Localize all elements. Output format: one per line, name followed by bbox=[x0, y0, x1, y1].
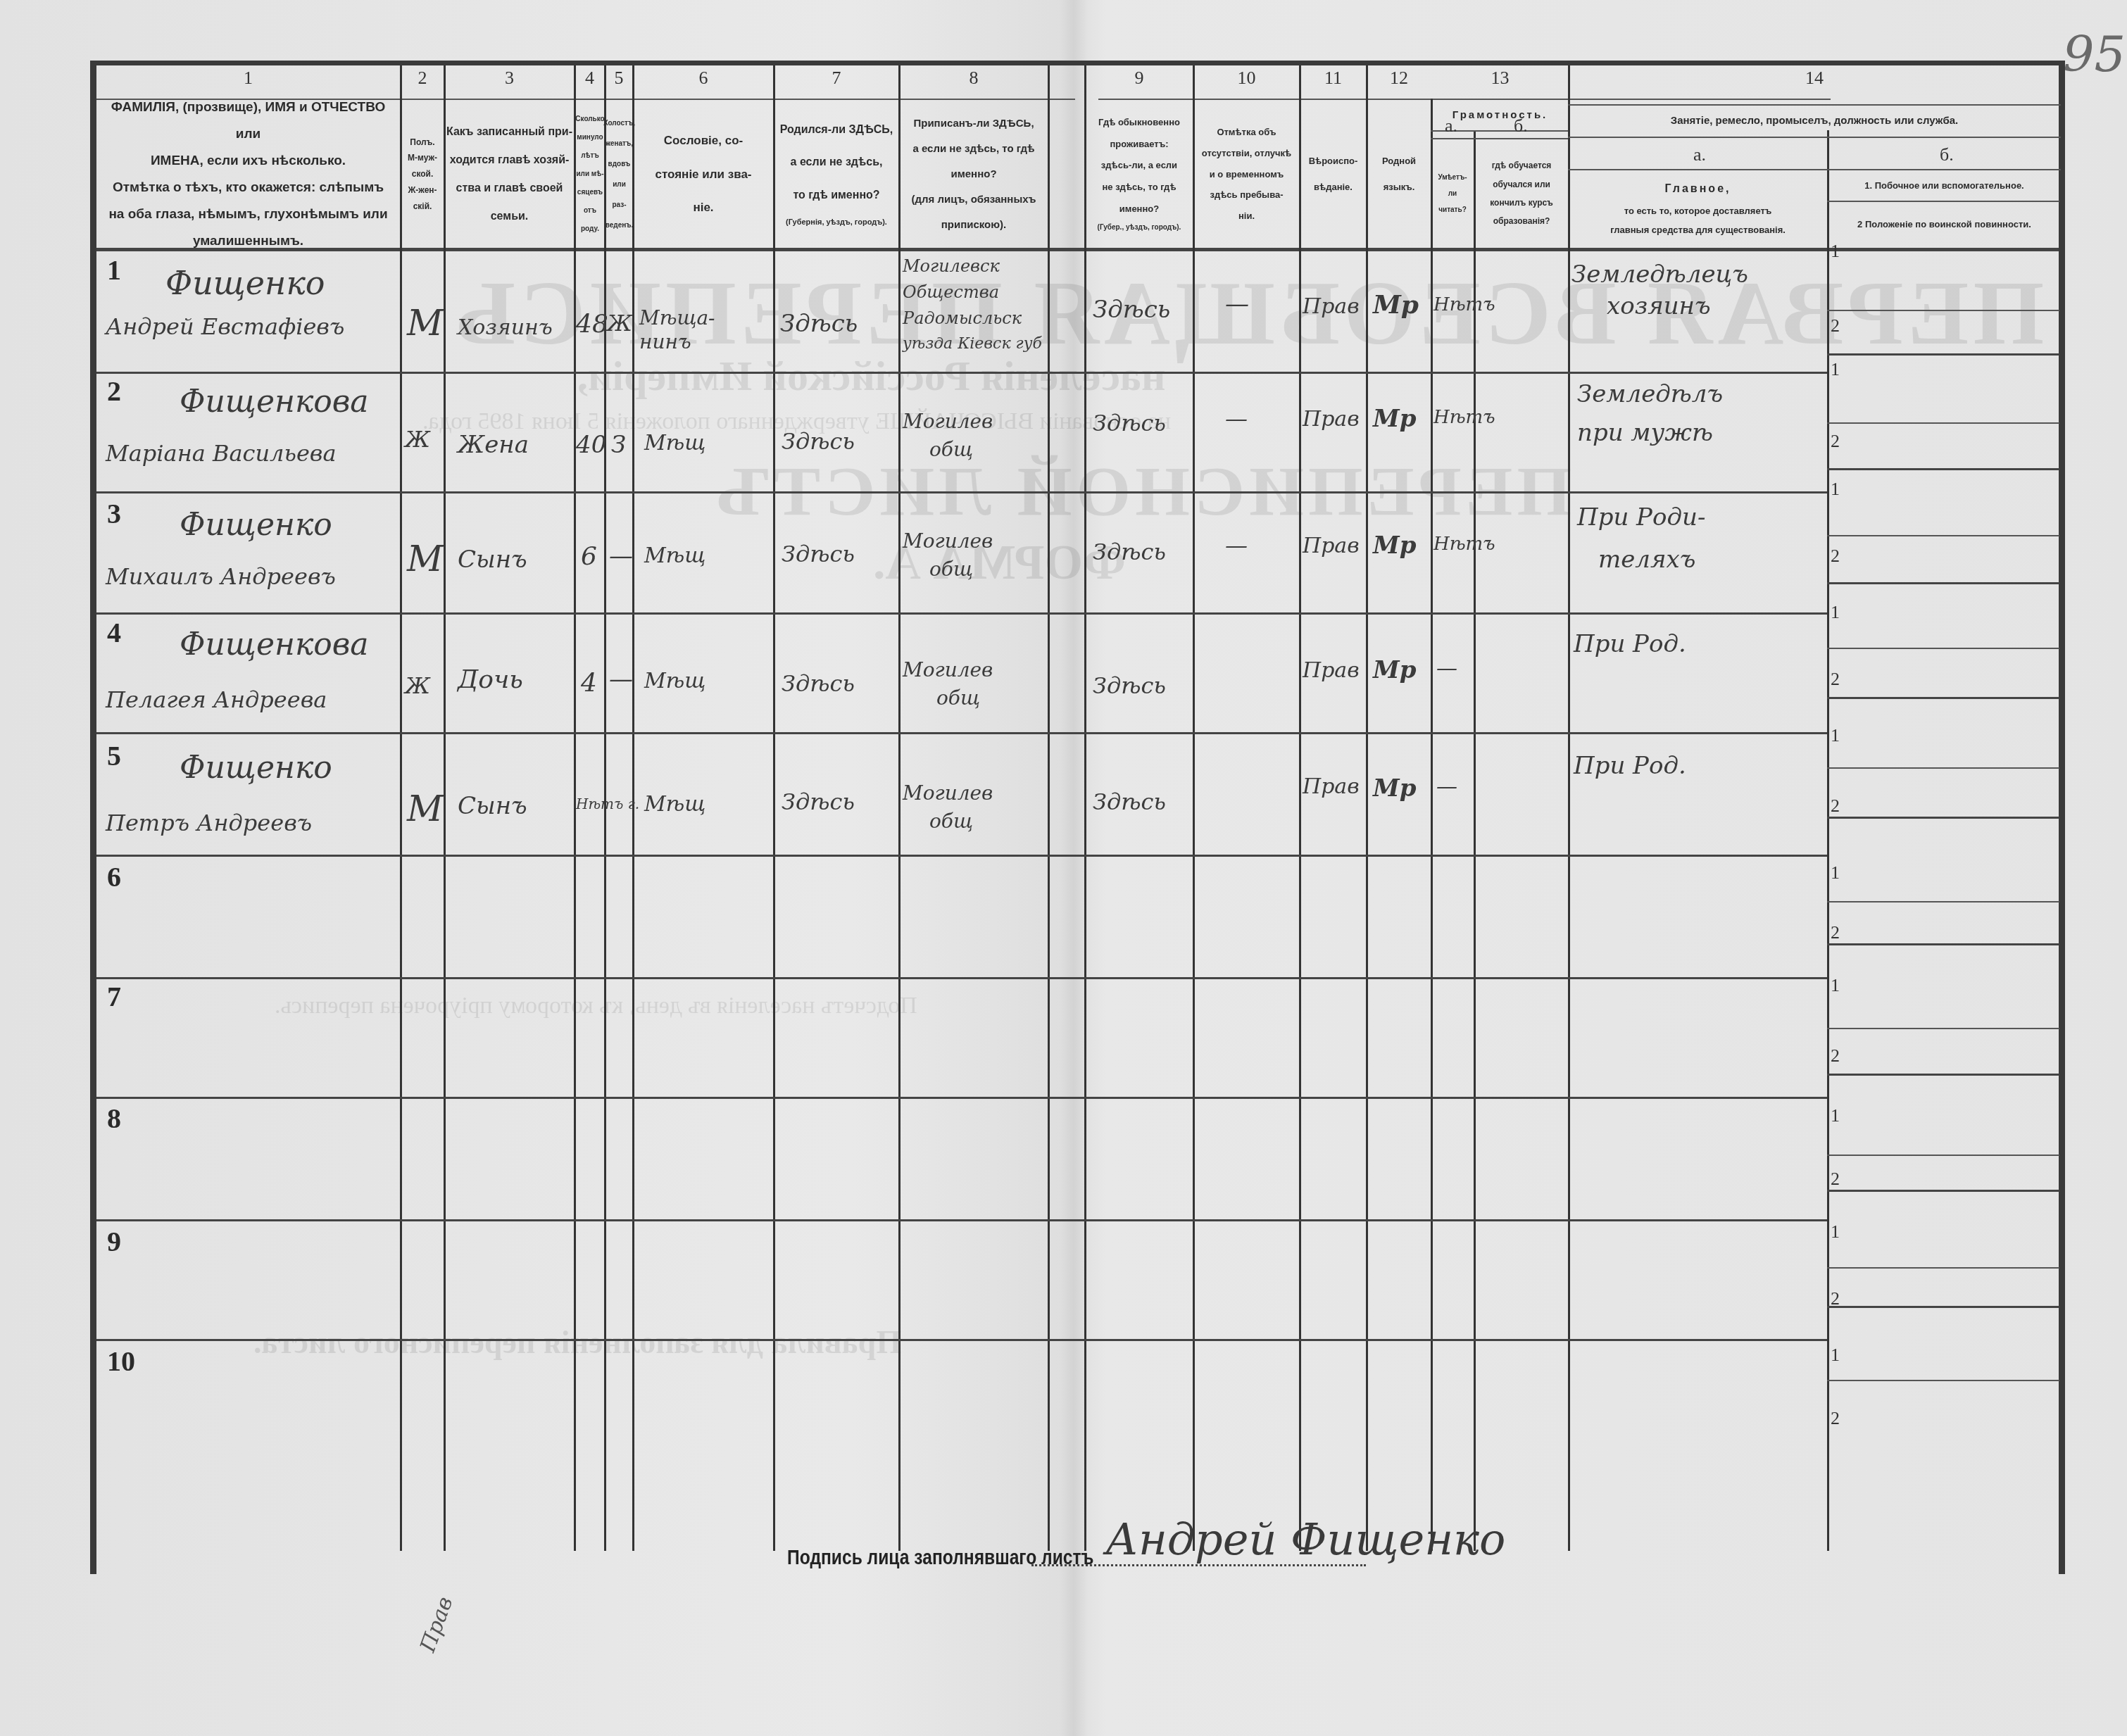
cell-registered-2: общ bbox=[929, 438, 973, 461]
subrow-divider-r6 bbox=[1827, 901, 2059, 902]
column-number-12: 12 bbox=[1367, 68, 1431, 89]
subrow-label-2: 2 bbox=[1831, 1045, 1840, 1067]
cell-language: Мр bbox=[1373, 532, 1416, 560]
subrow-label-1: 1 bbox=[1831, 479, 1840, 500]
header-col14b-side: 1. Побочное или вспомогательное. bbox=[1829, 171, 2059, 201]
row-divider-3 bbox=[96, 612, 1827, 615]
row-number: 2 bbox=[107, 375, 121, 408]
header-col2-sex: Полъ. М-муж- ской. Ж-жен- скій. bbox=[402, 102, 443, 246]
subrow-label-2: 2 bbox=[1831, 431, 1840, 452]
row-number: 10 bbox=[107, 1345, 135, 1378]
cell-surname: Фищенкова bbox=[180, 384, 369, 420]
header-col14-occupation: Занятіе, ремесло, промыселъ, должность и… bbox=[1569, 106, 2059, 137]
header-col10-absence: Отмѣтка объ отсутствіи, отлучкѣ и о врем… bbox=[1195, 102, 1298, 246]
header-text: Какъ записанный при- bbox=[446, 118, 572, 146]
header-text: Ж-жен- bbox=[408, 182, 437, 199]
subrow-end-r1 bbox=[1827, 353, 2059, 356]
row-divider-2 bbox=[96, 491, 1827, 493]
cell-registered-2: общ bbox=[929, 558, 973, 581]
subrow-end-r5 bbox=[1827, 817, 2059, 819]
subrow-label-2: 2 bbox=[1831, 669, 1840, 690]
header-col9-residence: Гдѣ обыкновенно проживаетъ: здѣсь-ли, а … bbox=[1086, 102, 1192, 246]
cell-registered-2: общ bbox=[929, 810, 973, 833]
row-divider-6 bbox=[96, 977, 1827, 979]
cell-estate: Мѣща-нинъ bbox=[639, 306, 766, 353]
subrow-end-r2 bbox=[1827, 468, 2059, 470]
header-col7-birthplace: Родился-ли ЗДѢСЬ, а если не здѣсь, то гд… bbox=[775, 102, 898, 246]
header-text: языкъ. bbox=[1384, 175, 1415, 200]
subrow-label-1: 1 bbox=[1831, 241, 1840, 262]
column-number-5: 5 bbox=[606, 68, 632, 89]
cell-literate: Нѣтъ bbox=[1433, 534, 1495, 555]
cell-age: 4 bbox=[581, 669, 597, 698]
cell-occupation-main: При Род. bbox=[1574, 752, 1686, 780]
cell-birthplace: Здѣсь bbox=[782, 428, 855, 455]
subrow-end-r6 bbox=[1827, 943, 2059, 945]
header-text: то гдѣ именно? bbox=[793, 180, 879, 212]
registered-line: Радомысльск bbox=[903, 306, 1047, 332]
cell-language: Мр bbox=[1373, 290, 1419, 320]
header-col12-language: Родной языкъ. bbox=[1368, 102, 1430, 246]
header-text: (Губернія, уѣздъ, городъ). bbox=[786, 212, 887, 234]
header-text: 2 Положеніе по воинской повинности. bbox=[1857, 217, 2031, 233]
header-text: Приписанъ-ли ЗДѢСЬ, bbox=[913, 111, 1034, 137]
col14b-split-line bbox=[1827, 201, 2059, 202]
row-divider-8 bbox=[96, 1219, 1827, 1221]
cell-birthplace: Здѣсь bbox=[782, 788, 855, 815]
header-text: сяцевъ bbox=[577, 184, 603, 202]
cell-birthplace: Здѣсь bbox=[782, 541, 855, 567]
header-text: отъ роду. bbox=[576, 202, 604, 239]
subrow-divider-r4 bbox=[1827, 648, 2059, 649]
subrow-end-r8 bbox=[1827, 1190, 2059, 1192]
column-number-13: 13 bbox=[1432, 68, 1568, 89]
col-divider-2 bbox=[444, 65, 446, 1551]
header-text: а если не здѣсь, то гдѣ bbox=[912, 137, 1034, 162]
header-text: а если не здѣсь, bbox=[791, 146, 883, 179]
header-col5-marital: Холостъ, женатъ, вдовъ или раз- веденъ. bbox=[606, 102, 632, 246]
subrow-label-1: 1 bbox=[1831, 862, 1840, 883]
cell-residence: Здѣсь bbox=[1093, 410, 1166, 436]
subrow-end-r3 bbox=[1827, 582, 2059, 584]
header-text: Сословіе, со- bbox=[664, 124, 743, 158]
cell-registered: Могилев bbox=[903, 658, 993, 681]
col14-sublabel-line bbox=[1568, 169, 2061, 170]
header-text: (для лицъ, обязанныхъ bbox=[912, 187, 1036, 213]
col14-subheader-line bbox=[1568, 137, 2061, 138]
row-divider-7 bbox=[96, 1097, 1827, 1099]
cell-occupation-main: При Роди- bbox=[1577, 503, 1705, 532]
col-divider-6 bbox=[773, 65, 775, 1551]
cell-religion: Прав bbox=[1303, 774, 1360, 799]
row-number: 6 bbox=[107, 860, 121, 893]
cell-relation: Дочь bbox=[458, 665, 523, 694]
subrow-end-r4 bbox=[1827, 697, 2059, 699]
cell-age: 6 bbox=[581, 542, 597, 571]
header-text: веденъ. bbox=[606, 215, 634, 236]
header-text: на оба глаза, нѣмымъ, глухонѣмымъ или bbox=[108, 201, 387, 228]
header-text: Родной bbox=[1382, 149, 1416, 174]
cell-occupation-main-2: теляхъ bbox=[1598, 546, 1695, 574]
header-text: отсутствіи, отлучкѣ bbox=[1202, 143, 1291, 164]
registered-line: Могилевск bbox=[903, 253, 1047, 279]
cell-sex: Ж bbox=[405, 426, 430, 453]
column-number-3: 3 bbox=[445, 68, 574, 89]
subrow-divider-r7 bbox=[1827, 1028, 2059, 1029]
cell-residence: Здѣсь bbox=[1093, 539, 1166, 565]
header-text: ФАМИЛІЯ, (прозвище), ИМЯ и ОТЧЕСТВО или bbox=[99, 94, 398, 148]
header-text: Занятіе, ремесло, промыселъ, должность и… bbox=[1671, 112, 1958, 130]
header-text: 1. Побочное или вспомогательное. bbox=[1864, 178, 2024, 194]
cell-absence: — bbox=[1225, 290, 1249, 318]
cell-marital: — bbox=[609, 542, 633, 570]
subrow-label-1: 1 bbox=[1831, 1221, 1840, 1243]
col-divider-1 bbox=[400, 65, 402, 1551]
cell-sex: М bbox=[407, 788, 443, 829]
cell-age: 40 bbox=[576, 431, 606, 459]
header-col14a-main: Главное, то есть то, которое доставляетъ… bbox=[1569, 171, 1826, 246]
cell-literate: — bbox=[1436, 656, 1457, 681]
column-number-6: 6 bbox=[634, 68, 773, 89]
cell-absence: — bbox=[1225, 405, 1248, 432]
header-text: Гдѣ обыкновенно bbox=[1098, 112, 1180, 134]
header-text: Сколько bbox=[575, 111, 604, 129]
cell-birthplace: Здѣсь bbox=[780, 310, 858, 338]
header-text: читать? bbox=[1438, 202, 1467, 218]
header-text: Главное, bbox=[1665, 177, 1731, 201]
header-text: М-муж- bbox=[408, 150, 437, 166]
header-col3-relation: Какъ записанный при- ходится главѣ хозяй… bbox=[446, 102, 573, 246]
col-divider-10 bbox=[1299, 65, 1301, 1551]
row-divider-4 bbox=[96, 732, 1827, 734]
header-text: ской. bbox=[412, 166, 434, 182]
header-text: ства и главѣ своей bbox=[456, 175, 563, 203]
header-text: минуло bbox=[577, 129, 603, 147]
cell-absence: — bbox=[1225, 532, 1248, 558]
header-text: Холостъ, bbox=[603, 113, 635, 134]
header-col13a-label: а. bbox=[1445, 115, 1457, 137]
subrow-label-2: 2 bbox=[1831, 1288, 1840, 1309]
header-text: проживаетъ: bbox=[1110, 134, 1168, 156]
cell-relation: Жена bbox=[458, 431, 529, 459]
cell-sex: М bbox=[407, 539, 443, 579]
column-number-10: 10 bbox=[1194, 68, 1299, 89]
cell-surname: Фищенкова bbox=[180, 627, 369, 662]
header-text: обучался или bbox=[1493, 175, 1550, 194]
cell-language: Мр bbox=[1373, 774, 1416, 803]
registered-line: уѣзда Кіевск губ bbox=[903, 332, 1047, 356]
row-divider-1 bbox=[96, 372, 1827, 374]
header-text: или мѣ- bbox=[576, 165, 603, 184]
cell-relation: Сынъ bbox=[458, 792, 527, 820]
header-text: ніи. bbox=[1238, 206, 1255, 227]
subrow-divider-r1 bbox=[1827, 310, 2059, 311]
row-number: 9 bbox=[107, 1225, 121, 1258]
cell-relation: Хозяинъ bbox=[458, 315, 553, 340]
subrow-label-2: 2 bbox=[1831, 922, 1840, 943]
cell-language: Мр bbox=[1373, 405, 1416, 433]
header-text: не здѣсь, то гдѣ bbox=[1102, 177, 1176, 199]
header-text: Умѣетъ- bbox=[1438, 170, 1467, 186]
subrow-divider-r2 bbox=[1827, 422, 2059, 424]
cell-age: 48 bbox=[576, 310, 608, 339]
cell-literate: Нѣтъ bbox=[1433, 407, 1495, 428]
cell-age: Нѣтъ г. bbox=[576, 795, 639, 812]
header-text: именно? bbox=[950, 162, 996, 187]
header-text: Отмѣтка о тѣхъ, кто окажется: слѣпымъ bbox=[113, 175, 384, 201]
header-text: и о временномъ bbox=[1210, 164, 1284, 185]
cell-marital: — bbox=[609, 665, 633, 693]
column-number-7: 7 bbox=[774, 68, 898, 89]
census-table bbox=[90, 61, 2065, 1574]
subrow-label-1: 1 bbox=[1831, 1345, 1840, 1366]
col-divider-spacer bbox=[1084, 65, 1086, 1551]
header-col13b-label: б. bbox=[1514, 115, 1528, 137]
header-col14a-label: а. bbox=[1693, 144, 1706, 165]
header-text: главныя средства для существованія. bbox=[1610, 220, 1786, 239]
col-divider-14a bbox=[1827, 130, 1829, 1551]
cell-given-name: Петръ Андреевъ bbox=[106, 810, 312, 836]
cell-literate: Нѣтъ bbox=[1433, 294, 1495, 315]
row-number: 5 bbox=[107, 739, 121, 772]
header-text: припискою). bbox=[941, 213, 1007, 238]
header-text: ли bbox=[1448, 186, 1457, 202]
header-text: то есть то, которое доставляетъ bbox=[1624, 201, 1772, 220]
cell-registered: Могилев bbox=[903, 781, 993, 805]
cell-registered: Могилев bbox=[903, 410, 993, 433]
column-number-1: 1 bbox=[96, 68, 400, 89]
header-text: ИМЕНА, если ихъ нѣсколько. bbox=[151, 148, 346, 175]
header-col1-name: ФАМИЛІЯ, (прозвище), ИМЯ и ОТЧЕСТВО или … bbox=[99, 102, 398, 246]
subrow-label-2: 2 bbox=[1831, 546, 1840, 567]
header-col14b-military: 2 Положеніе по воинской повинности. bbox=[1829, 203, 2059, 246]
column-number-4: 4 bbox=[575, 68, 604, 89]
cell-sex: Ж bbox=[405, 672, 430, 699]
header-text: вдовъ bbox=[608, 154, 631, 175]
cell-literate: — bbox=[1436, 774, 1457, 799]
subrow-divider-r3 bbox=[1827, 535, 2059, 536]
header-text: женатъ, bbox=[606, 134, 633, 154]
row-number: 7 bbox=[107, 980, 121, 1013]
column-number-8: 8 bbox=[900, 68, 1048, 89]
cell-estate: Мѣщ bbox=[644, 543, 705, 568]
header-text: именно? bbox=[1119, 199, 1159, 220]
header-text: гдѣ обучается bbox=[1492, 156, 1552, 175]
header-col4-age: Сколько минуло лѣтъ или мѣ- сяцевъ отъ р… bbox=[576, 102, 604, 246]
header-bottom-line bbox=[96, 248, 2059, 251]
subrow-label-2: 2 bbox=[1831, 1408, 1840, 1429]
cell-surname: Фищенко bbox=[180, 507, 332, 543]
cell-surname: Фищенко bbox=[180, 750, 332, 786]
header-text: здѣсь-ли, а если bbox=[1101, 155, 1177, 177]
header-text: стояніе или зва- bbox=[655, 158, 751, 191]
header-text: ходится главѣ хозяй- bbox=[450, 146, 570, 175]
signature: Андрей Фищенко bbox=[1105, 1514, 1505, 1565]
cell-marital: Ж bbox=[607, 310, 632, 336]
cell-surname: Фищенко bbox=[165, 264, 325, 302]
header-col14b-label: б. bbox=[1940, 144, 1954, 165]
cell-residence: Здѣсь bbox=[1093, 672, 1166, 699]
cell-estate: Мѣщ bbox=[644, 431, 705, 455]
header-text: скій. bbox=[413, 199, 432, 215]
registered-line: Общества bbox=[903, 279, 1047, 306]
subrow-label-1: 1 bbox=[1831, 1105, 1840, 1126]
cell-occupation-main: При Род. bbox=[1574, 630, 1686, 658]
cell-estate: Мѣщ bbox=[644, 669, 705, 693]
col-divider-7 bbox=[898, 65, 901, 1551]
cell-sex: М bbox=[407, 303, 443, 344]
subrow-label-1: 1 bbox=[1831, 725, 1840, 746]
col-divider-12 bbox=[1431, 99, 1433, 1551]
col-divider-8 bbox=[1048, 65, 1050, 1551]
header-text: Вѣроиспо- bbox=[1309, 149, 1358, 174]
cell-religion: Прав bbox=[1303, 294, 1360, 319]
header-text: ніе. bbox=[693, 191, 713, 225]
cell-registered: Могилевск Общества Радомысльск уѣзда Кіе… bbox=[903, 253, 1047, 356]
header-col8-registered: Приписанъ-ли ЗДѢСЬ, а если не здѣсь, то … bbox=[901, 102, 1047, 246]
subrow-divider-r9 bbox=[1827, 1267, 2059, 1269]
subrow-label-1: 1 bbox=[1831, 359, 1840, 380]
header-text: Отмѣтка объ bbox=[1217, 122, 1276, 143]
cell-given-name: Андрей Евстафіевъ bbox=[106, 313, 344, 340]
cell-given-name: Маріана Васильева bbox=[106, 440, 337, 467]
header-text: умалишеннымъ. bbox=[193, 228, 303, 255]
subrow-label-2: 2 bbox=[1831, 795, 1840, 817]
cell-occupation-main-2: хозяинъ bbox=[1607, 292, 1711, 320]
cell-religion: Прав bbox=[1303, 658, 1360, 683]
folio-number: 95 bbox=[2063, 25, 2126, 83]
subrow-divider-r5 bbox=[1827, 767, 2059, 769]
col-divider-11 bbox=[1366, 65, 1368, 1551]
col13-sublabel-line bbox=[1431, 138, 1568, 139]
subrow-end-r9 bbox=[1827, 1306, 2059, 1308]
column-number-2: 2 bbox=[401, 68, 444, 89]
header-text: кончилъ курсъ bbox=[1490, 194, 1553, 212]
cell-marital: З bbox=[611, 431, 626, 459]
header-text: (Губер., уѣздъ, городъ). bbox=[1098, 220, 1181, 237]
col-divider-13a bbox=[1474, 130, 1476, 1551]
header-text: образованія? bbox=[1493, 212, 1550, 230]
subrow-label-1: 1 bbox=[1831, 975, 1840, 996]
row-number: 4 bbox=[107, 616, 121, 649]
header-text: или раз- bbox=[606, 175, 632, 215]
column-number-9: 9 bbox=[1086, 68, 1193, 89]
cell-occupation-main: Земледѣлецъ bbox=[1571, 260, 1748, 289]
cell-religion: Прав bbox=[1303, 534, 1360, 558]
cell-occupation-main-2: при мужѣ bbox=[1577, 419, 1713, 447]
header-col6-estate: Сословіе, со- стояніе или зва- ніе. bbox=[634, 102, 772, 246]
header-text: лѣтъ bbox=[581, 147, 599, 165]
col-divider-13 bbox=[1568, 65, 1570, 1551]
cell-estate: Мѣщ bbox=[644, 792, 705, 817]
header-text: семьи. bbox=[491, 203, 529, 231]
cell-given-name: Пелагея Андреева bbox=[106, 686, 327, 713]
header-col13a-can-read: Умѣетъ- ли читать? bbox=[1432, 141, 1473, 246]
cell-occupation-main: Земледѣлъ bbox=[1577, 380, 1723, 408]
column-number-14: 14 bbox=[1569, 68, 2059, 89]
header-text: вѣданіе. bbox=[1314, 175, 1353, 200]
cell-residence: Здѣсь bbox=[1093, 788, 1166, 815]
cell-relation: Сынъ bbox=[458, 546, 527, 574]
header-text: Грамотность. bbox=[1452, 106, 1548, 125]
subrow-divider-r10 bbox=[1827, 1380, 2059, 1381]
subrow-divider-r8 bbox=[1827, 1155, 2059, 1156]
row-divider-5 bbox=[96, 855, 1827, 857]
subrow-label-2: 2 bbox=[1831, 315, 1840, 336]
cell-registered-2: общ bbox=[936, 686, 980, 710]
col-divider-9 bbox=[1193, 65, 1195, 1551]
row-number: 3 bbox=[107, 497, 121, 530]
subrow-end-r7 bbox=[1827, 1074, 2059, 1076]
cell-given-name: Михаилъ Андреевъ bbox=[106, 563, 336, 590]
subrow-label-1: 1 bbox=[1831, 602, 1840, 623]
row-number: 8 bbox=[107, 1102, 121, 1135]
row-number: 1 bbox=[107, 253, 121, 287]
colnum-divider-right bbox=[1098, 99, 1831, 100]
cell-registered: Могилев bbox=[903, 529, 993, 553]
cell-birthplace: Здѣсь bbox=[782, 670, 855, 697]
column-number-11: 11 bbox=[1300, 68, 1366, 89]
header-text: здѣсь пребыва- bbox=[1210, 184, 1283, 206]
header-text: Полъ. bbox=[410, 134, 434, 151]
subrow-label-2: 2 bbox=[1831, 1169, 1840, 1190]
header-text: Родился-ли ЗДѢСЬ, bbox=[780, 114, 893, 146]
cell-language: Мр bbox=[1373, 656, 1416, 684]
header-col11-religion: Вѣроиспо- вѣданіе. bbox=[1301, 102, 1365, 246]
header-col13b-education: гдѣ обучается обучался или кончилъ курсъ… bbox=[1476, 141, 1567, 246]
cell-religion: Прав bbox=[1303, 407, 1360, 432]
cell-residence: Здѣсь bbox=[1093, 296, 1170, 324]
row-divider-9 bbox=[96, 1339, 1827, 1341]
